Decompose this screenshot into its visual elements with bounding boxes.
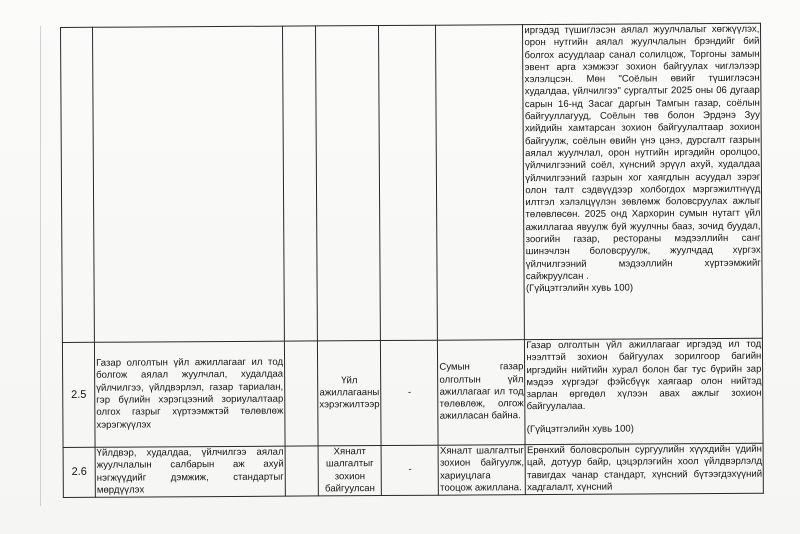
row-number: 2.5 bbox=[62, 342, 95, 447]
task-cell: Үйлдвэр, худалдаа, үйлчилгээ аялал жуулч… bbox=[95, 446, 285, 497]
result-cell: Газар олголтын үйл ажиллагааг иргэдэд ил… bbox=[525, 338, 764, 444]
baseline-cell bbox=[379, 25, 438, 340]
indicator-cell bbox=[315, 26, 380, 341]
scanned-page: иргэдэд түшиглэсэн аялал жуулчлалыг хөгж… bbox=[0, 0, 800, 534]
scan-shadow-edge bbox=[40, 26, 41, 506]
report-table: иргэдэд түшиглэсэн аялал жуулчлалыг хөгж… bbox=[60, 23, 764, 498]
task-cell bbox=[93, 26, 285, 342]
report-table-container: иргэдэд түшиглэсэн аялал жуулчлалыг хөгж… bbox=[60, 23, 764, 498]
row-number bbox=[61, 27, 95, 342]
target-cell: Хяналт шалгалтыг зохион байгуулж, хариуц… bbox=[438, 445, 525, 496]
table-row: иргэдэд түшиглэсэн аялал жуулчлалыг хөгж… bbox=[61, 23, 763, 342]
indicator-cell: Хяналт шалгалтыг зохион байгуулсан bbox=[318, 446, 382, 497]
empty-cell bbox=[282, 26, 317, 341]
task-cell: Газар олголтын үйл ажиллагааг ил тод бол… bbox=[94, 341, 285, 447]
result-cell: иргэдэд түшиглэсэн аялал жуулчлалыг хөгж… bbox=[523, 23, 763, 339]
target-cell bbox=[436, 25, 525, 341]
row-number: 2.6 bbox=[63, 447, 95, 497]
empty-cell bbox=[284, 341, 318, 446]
completion-note: (Гүйцэтгэлийн хувь 100) bbox=[526, 283, 633, 295]
target-cell: Сумын газар олголтын үйл ажиллагааг ил т… bbox=[438, 340, 526, 446]
table-row: 2.6 Үйлдвэр, худалдаа, үйлчилгээ аялал ж… bbox=[63, 443, 764, 497]
baseline-cell: - bbox=[381, 340, 439, 445]
result-text: иргэдэд түшиглэсэн аялал жуулчлалыг хөгж… bbox=[524, 24, 760, 282]
indicator-cell: Үйл ажиллагааны хэрэгжилтээр bbox=[317, 341, 381, 446]
table-row: 2.5 Газар олголтын үйл ажиллагааг ил тод… bbox=[62, 338, 763, 447]
result-cell: Ерөнхий боловсролын сургуулийн хүүхдийн … bbox=[525, 443, 763, 495]
completion-note: (Гүйцэтгэлийн хувь 100) bbox=[527, 423, 634, 435]
baseline-cell: - bbox=[381, 445, 438, 496]
result-text: Газар олголтын үйл ажиллагааг иргэдэд ил… bbox=[526, 339, 761, 413]
result-text: Ерөнхий боловсролын сургуулийн хүүхдийн … bbox=[527, 444, 762, 493]
empty-cell bbox=[285, 446, 318, 496]
